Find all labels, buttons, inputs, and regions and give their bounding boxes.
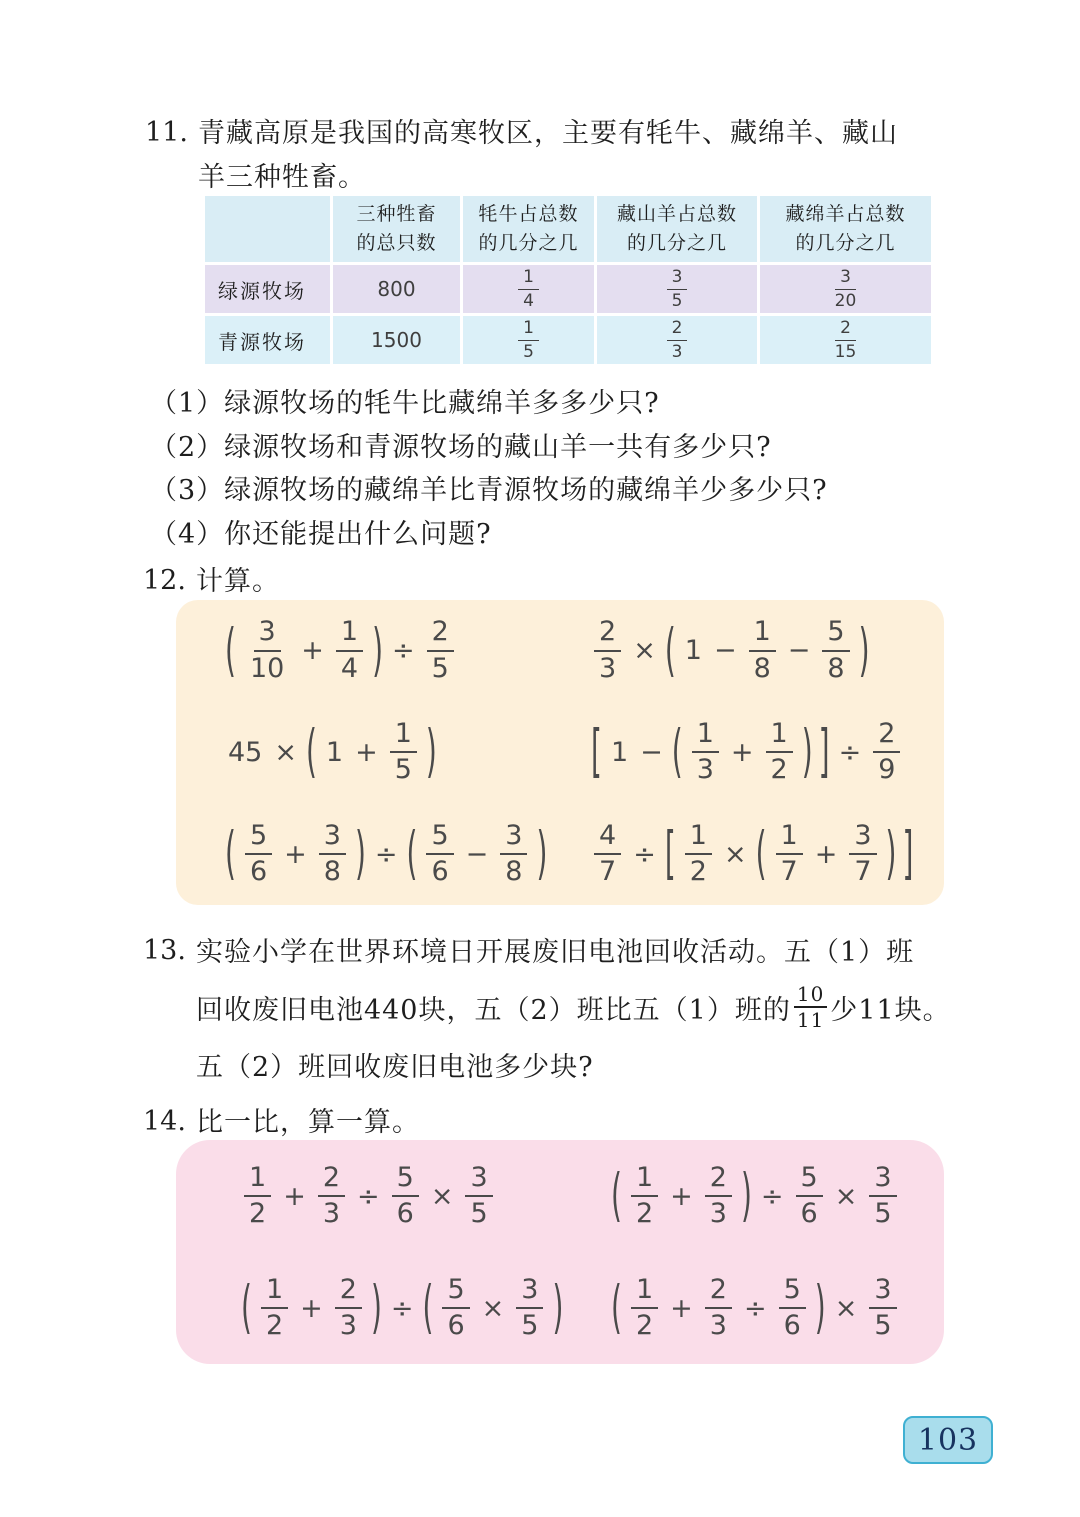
problem-13-line2: 回收废旧电池440块，五（2）班比五（1）班的 1011 少11块。	[196, 982, 951, 1032]
table-header-total: 三种牲畜 的总只数	[333, 196, 460, 262]
problem-11: 11. 青藏高原是我国的高寒牧区，主要有牦牛、藏绵羊、藏山 羊三种牲畜。	[145, 112, 975, 199]
comparison-box: 12+23÷56×35 (12+23)÷56×35 (12+23)÷(56×35…	[176, 1140, 944, 1364]
table-cell-yak: 14	[463, 265, 594, 313]
problem-12-number: 12.	[143, 560, 186, 602]
problem-13-line2-pre: 回收废旧电池440块，五（2）班比五（1）班的	[196, 988, 791, 1027]
table-row-label: 绿源牧场	[205, 265, 330, 313]
table-cell-goat: 23	[597, 316, 757, 364]
expression: 23×(1−18−58)	[560, 615, 944, 686]
problem-13-line3: 五（2）班回收废旧电池多少块?	[196, 1045, 951, 1084]
table-cell-total: 1500	[333, 316, 460, 364]
expression: 12+23÷56×35	[176, 1161, 560, 1232]
question-item: （3）绿源牧场的藏绵羊比青源牧场的藏绵羊少多少只?	[150, 468, 828, 512]
expression: 45×(1+15)	[176, 717, 560, 788]
problem-13-text: 实验小学在世界环境日开展废旧电池回收活动。五（1）班 回收废旧电池440块，五（…	[196, 930, 951, 1084]
problem-13-number: 13.	[143, 930, 186, 972]
expression: (12+23)÷56×35	[560, 1161, 944, 1232]
table-cell-yak: 15	[463, 316, 594, 364]
table-header-goat: 藏山羊占总数 的几分之几	[597, 196, 757, 262]
expression: (12+23)÷(56×35)	[176, 1273, 560, 1344]
problem-13-fraction: 1011	[791, 982, 830, 1032]
question-item: （2）绿源牧场和青源牧场的藏山羊一共有多少只?	[150, 425, 828, 469]
table-cell-sheep: 320	[760, 265, 931, 313]
table-header-yak: 牦牛占总数 的几分之几	[463, 196, 594, 262]
problem-14-title: 比一比，算一算。	[196, 1101, 420, 1145]
problem-11-questions: （1）绿源牧场的牦牛比藏绵羊多多少只? （2）绿源牧场和青源牧场的藏山羊一共有多…	[150, 381, 828, 555]
problem-13-line1: 实验小学在世界环境日开展废旧电池回收活动。五（1）班	[196, 930, 951, 969]
expression: (310+14)÷25	[176, 615, 560, 686]
problem-12: 12. 计算。	[143, 560, 280, 604]
table-header-empty	[205, 196, 330, 262]
table-cell-sheep: 215	[760, 316, 931, 364]
table-cell-total: 800	[333, 265, 460, 313]
problem-13-line2-post: 少11块。	[830, 988, 950, 1027]
table-row-label: 青源牧场	[205, 316, 330, 364]
livestock-table: 三种牲畜 的总只数 牦牛占总数 的几分之几 藏山羊占总数 的几分之几 藏绵羊占总…	[205, 196, 931, 364]
problem-14-number: 14.	[143, 1101, 186, 1143]
expression: (56+38)÷(56−38)	[176, 819, 560, 890]
page-number-badge: 103	[903, 1416, 993, 1464]
page-number: 103	[918, 1423, 978, 1458]
textbook-page: 11. 青藏高原是我国的高寒牧区，主要有牦牛、藏绵羊、藏山 羊三种牲畜。 三种牲…	[0, 0, 1080, 1517]
expression: (12+23÷56)×35	[560, 1273, 944, 1344]
calculation-box: (310+14)÷25 23×(1−18−58) 45×(1+15) [1−(1…	[176, 600, 944, 905]
table-header-sheep: 藏绵羊占总数 的几分之几	[760, 196, 931, 262]
expression: 47÷[12×(17+37)]	[560, 819, 944, 890]
question-item: （4）你还能提出什么问题?	[150, 512, 828, 556]
table-cell-goat: 35	[597, 265, 757, 313]
question-item: （1）绿源牧场的牦牛比藏绵羊多多少只?	[150, 381, 828, 425]
problem-14: 14. 比一比，算一算。	[143, 1101, 420, 1145]
problem-11-number: 11.	[145, 112, 188, 154]
problem-11-text: 青藏高原是我国的高寒牧区，主要有牦牛、藏绵羊、藏山 羊三种牲畜。	[198, 112, 898, 199]
problem-13: 13. 实验小学在世界环境日开展废旧电池回收活动。五（1）班 回收废旧电池440…	[143, 930, 983, 1084]
expression: [1−(13+12)]÷29	[560, 717, 944, 788]
problem-12-title: 计算。	[196, 560, 280, 604]
